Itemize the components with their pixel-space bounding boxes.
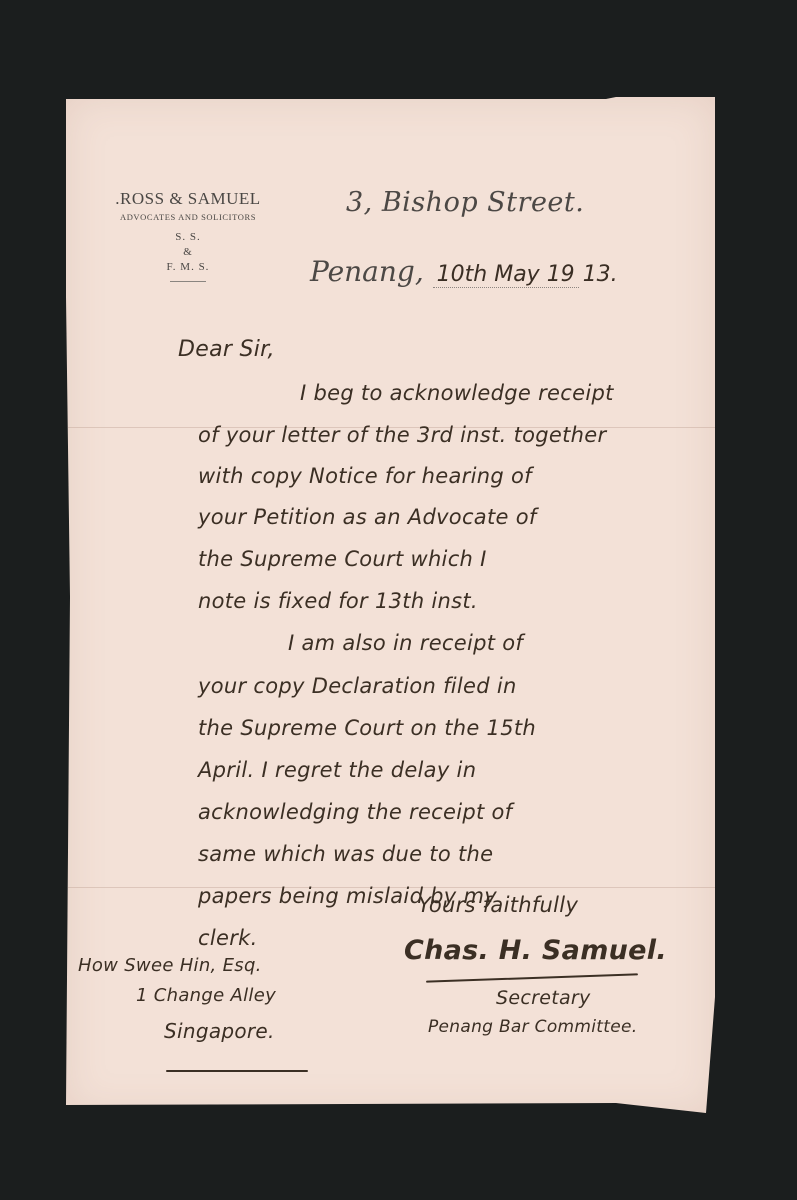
city: Penang, bbox=[310, 255, 424, 288]
recipient-name: How Swee Hin, Esq. bbox=[78, 955, 262, 976]
signer-title: Secretary bbox=[496, 987, 591, 1009]
letter-line: the Supreme Court on the 15th bbox=[198, 716, 536, 740]
letter-line: clerk. bbox=[198, 926, 258, 950]
letter-line: your Petition as an Advocate of bbox=[198, 505, 537, 529]
letter-line: April. I regret the delay in bbox=[198, 758, 476, 782]
salutation: Dear Sir, bbox=[178, 337, 275, 362]
date-line: Penang, 10th May 1913. bbox=[310, 255, 622, 288]
recipient-street: 1 Change Alley bbox=[136, 985, 276, 1006]
closing: Yours faithfully bbox=[418, 893, 578, 917]
letter-line: with copy Notice for hearing of bbox=[198, 464, 532, 488]
street-address: 3, Bishop Street. bbox=[346, 187, 584, 218]
signer-organization: Penang Bar Committee. bbox=[428, 1017, 637, 1037]
firm-name: .ROSS & SAMUEL bbox=[88, 189, 288, 209]
letter-line: same which was due to the bbox=[198, 842, 493, 866]
jurisdiction: S. S. & F. M. S. bbox=[88, 230, 288, 275]
signature-underline bbox=[426, 973, 638, 982]
letter-line: of your letter of the 3rd inst. together bbox=[198, 423, 606, 447]
letter-line: the Supreme Court which I bbox=[198, 547, 487, 571]
letter-line: note is fixed for 13th inst. bbox=[198, 589, 478, 613]
firm-subtitle: ADVOCATES AND SOLICITORS bbox=[88, 212, 288, 222]
jurisdiction-line-1: S. S. bbox=[88, 230, 288, 245]
recipient-city: Singapore. bbox=[164, 1019, 275, 1043]
recipient-underline bbox=[166, 1070, 308, 1072]
letter-line: I am also in receipt of bbox=[288, 631, 523, 655]
letter-line: I beg to acknowledge receipt bbox=[300, 381, 614, 405]
year-suffix: 13. bbox=[579, 262, 622, 287]
handwritten-date: 10th May 19 bbox=[433, 262, 579, 288]
letterhead-rule bbox=[170, 281, 206, 282]
jurisdiction-line-2: & bbox=[88, 245, 288, 260]
letterhead: .ROSS & SAMUEL ADVOCATES AND SOLICITORS … bbox=[88, 189, 288, 282]
letter-line: your copy Declaration filed in bbox=[198, 674, 517, 698]
signature: Chas. H. Samuel. bbox=[404, 935, 667, 966]
letter-line: acknowledging the receipt of bbox=[198, 800, 512, 824]
letter-paper: .ROSS & SAMUEL ADVOCATES AND SOLICITORS … bbox=[66, 97, 715, 1113]
jurisdiction-line-3: F. M. S. bbox=[88, 260, 288, 275]
